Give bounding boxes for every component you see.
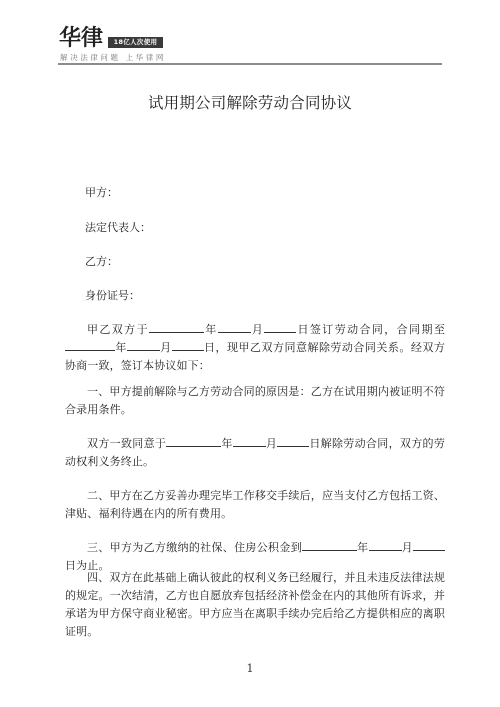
blank-sign-month[interactable] <box>218 321 251 333</box>
blank-sign-day[interactable] <box>264 321 296 333</box>
text: 年 <box>357 541 368 554</box>
field-party-b: 乙方： <box>85 255 118 269</box>
blank-sign-year[interactable] <box>149 321 204 333</box>
text: 月 <box>402 541 413 554</box>
paragraph-clause-4: 四、双方在此基础上确认彼此的权利义务已经履行，并且未违反法律法规的规定。一次结清… <box>65 569 445 641</box>
paragraph-clause-2: 二、甲方在乙方妥善办理完毕工作移交手续后，应当支付乙方包括工资、津贴、福利待遇在… <box>65 487 445 523</box>
text: 月 <box>160 341 172 354</box>
text: 年 <box>221 437 232 450</box>
text: 年 <box>204 323 218 336</box>
field-party-a: 甲方： <box>85 186 118 200</box>
header-divider <box>58 63 442 65</box>
text: 年 <box>115 341 127 354</box>
document-title: 试用期公司解除劳动合同协议 <box>0 91 500 113</box>
blank-term-year[interactable] <box>65 339 115 351</box>
text: 三、甲方为乙方缴纳的社保、住房公积金到 <box>87 541 302 554</box>
paragraph-termination-date: 双方一致同意于年月日解除劳动合同，双方的劳动权利义务终止。 <box>65 435 445 471</box>
paragraph-intro: 甲乙双方于年月日签订劳动合同，合同期至年月日，现甲乙双方同意解除劳动合同关系。经… <box>65 321 445 375</box>
blank-termination-day[interactable] <box>277 435 309 447</box>
text: 月 <box>251 323 265 336</box>
text: 日签订劳动合同，合同期至 <box>296 323 445 336</box>
site-tagline: 解决法律问题 上华律网 <box>60 53 166 62</box>
blank-insurance-month[interactable] <box>369 539 402 551</box>
blank-insurance-year[interactable] <box>302 539 357 551</box>
text: 月 <box>266 437 277 450</box>
site-logo[interactable]: 华律 <box>59 27 103 51</box>
blank-term-day[interactable] <box>172 339 204 351</box>
text: 双方一致同意于 <box>87 437 166 450</box>
field-id-number: 身份证号： <box>85 289 140 303</box>
text: 甲乙双方于 <box>87 323 149 336</box>
field-legal-representative: 法定代表人： <box>85 221 151 235</box>
blank-termination-year[interactable] <box>166 435 221 447</box>
blank-insurance-day[interactable] <box>413 539 445 551</box>
blank-termination-month[interactable] <box>233 435 266 447</box>
blank-term-month[interactable] <box>127 339 160 351</box>
usage-badge: 18亿人次使用 <box>108 37 163 48</box>
paragraph-clause-1: 一、甲方提前解除与乙方劳动合同的原因是：乙方在试用期内被证明不符合录用条件。 <box>65 383 445 419</box>
page-number: 1 <box>0 662 500 675</box>
